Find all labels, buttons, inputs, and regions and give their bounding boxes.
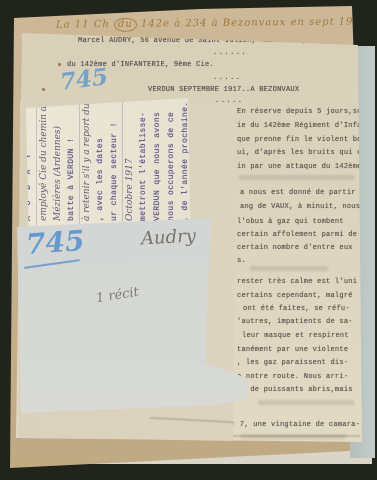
faded-text-smudge [239, 175, 354, 180]
typed-line: l'obus à gaz qui tombent [237, 218, 344, 226]
faded-text-smudge [250, 266, 328, 271]
typed-line: ie du 142ème Régiment d'Infan- [237, 122, 371, 130]
typed-line: leur masque et respirent [242, 332, 349, 340]
pencil-note: 1 récit [95, 285, 140, 307]
typed-line: certain affolement parmi de [237, 231, 357, 239]
typed-line: que prenne fin le violent bom- [237, 136, 371, 144]
archive-note-pre: La 11 Ch [56, 19, 114, 31]
archive-note-circled: du [114, 18, 137, 32]
typed-line: ui, d'après les bruits qui cir- [237, 149, 375, 157]
separator-dots: ..... [213, 74, 242, 82]
typed-line: in par une attaque du 142ème [237, 163, 362, 171]
typed-line: s. [237, 257, 246, 265]
archive-note-post: 142e à 234 à Bezonvaux en sept 1917 [137, 16, 369, 29]
paper-speck [42, 88, 45, 91]
archive-handwritten-note: La 11 Ch du 142e à 234 à Bezonvaux en se… [56, 15, 356, 32]
paper-speck [58, 63, 61, 66]
separator-dots: ...... [213, 49, 247, 57]
typed-line: En réserve depuis 5 jours,son [237, 108, 366, 116]
typed-line: : 7, une vingtaine de camara- [231, 421, 360, 429]
blue-number: 745 [25, 224, 86, 261]
title-line: VERDUN SEPTEMBRE 1917..A BEZONVAUX [148, 86, 299, 94]
typed-line: rester très calme est l'uni [237, 278, 357, 286]
typed-line: ont été faites, se réfu- [243, 305, 350, 313]
typed-line: a nous est donné de partir [240, 189, 356, 197]
typed-line: ang de VAUX, à minuit, nous [240, 203, 360, 211]
pencil-name: Audry [140, 226, 196, 250]
typed-line: e notre route. Nous arri- [237, 373, 348, 381]
typed-line: certain nombre d'entre eux [237, 244, 353, 252]
blue-margin-number: 745 [59, 63, 110, 96]
typed-line: certains cependant, malgré [237, 292, 353, 300]
typed-line: tanément par une violente [237, 346, 348, 354]
typed-line: 'autres, impatients de sa- [237, 318, 353, 326]
typed-line: nt de puissants abris,mais [237, 386, 353, 394]
document-scan: La 11 Ch du 142e à 234 à Bezonvaux en se… [0, 0, 377, 480]
typed-line: , les gaz paraissent dis- [237, 359, 348, 367]
faded-text-smudge [258, 400, 354, 405]
